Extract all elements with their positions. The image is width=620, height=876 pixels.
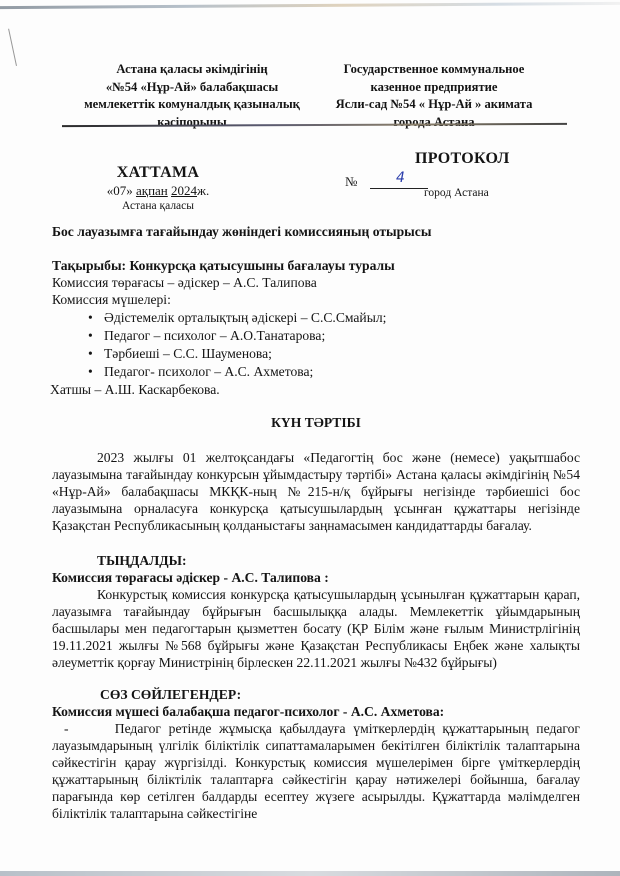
khattama-date: «07» ақпан 2024ж. — [88, 183, 228, 199]
member-item: •Педагог – психолог – А.О.Танатарова; — [88, 327, 580, 345]
commission-chair: Комиссия төрағасы – әдіскер – А.С. Талип… — [52, 275, 580, 292]
scanned-document-page: Астана қаласы әкімдігінің «№54 «Нұр-Ай» … — [0, 0, 620, 876]
date-month: ақпан — [136, 183, 168, 198]
scan-edge-top — [0, 2, 620, 9]
member-item: •Әдістемелік орталықтың әдіскері – С.С.С… — [88, 309, 580, 327]
member-item: •Тәрбиеші – С.С. Шауменова; — [88, 345, 580, 363]
speeches-speaker: Комиссия мүшесі балабақша педагог-психол… — [52, 704, 580, 721]
members-list: •Әдістемелік орталықтың әдіскері – С.С.С… — [52, 309, 580, 382]
protocol-number-underline — [370, 188, 428, 189]
bullet-icon: • — [88, 309, 93, 327]
speeches-text: - Педагог ретінде жұмысқа қабылдауға үмі… — [52, 721, 580, 822]
protocol-title: ПРОТОКОЛ — [415, 150, 510, 168]
khattama-city: Астана қаласы — [88, 200, 228, 212]
heard-speaker: Комиссия төрағасы әдіскер - А.С. Талипов… — [52, 570, 580, 587]
agenda-text: 2023 жылғы 01 желтоқсандағы «Педагогтің … — [52, 450, 580, 535]
meeting-topic: Тақырыбы: Конкурсқа қатысушыны бағалауы … — [52, 258, 580, 275]
members-label: Комиссия мүшелері: — [52, 292, 580, 309]
speeches-paragraph: Педагог ретінде жұмысқа қабылдауға үмітк… — [52, 721, 580, 821]
letterhead-kazakh-line: мемлекеттік комуналдық қазыналық — [62, 96, 322, 114]
date-day: «07» — [107, 183, 133, 198]
margin-pencil-mark — [8, 28, 20, 66]
member-text: Тәрбиеші – С.С. Шауменова; — [104, 346, 272, 361]
letterhead-kazakh-line: кәсіпорыны — [82, 114, 302, 132]
khattama-title: ХАТТАМА — [88, 164, 228, 182]
secretary: Хатшы – А.Ш. Каскарбекова. — [50, 382, 580, 399]
protocol-number-handwritten: 4 — [396, 170, 405, 186]
letterhead-kazakh: Астана қаласы әкімдігінің «№54 «Нұр-Ай» … — [82, 61, 302, 131]
meeting-details: Тақырыбы: Конкурсқа қатысушыны бағалауы … — [52, 258, 580, 398]
heard-text: Конкурстық комиссия конкурсқа қатысушыла… — [52, 587, 580, 672]
dash-marker: - — [64, 721, 69, 736]
member-text: Педагог – психолог – А.О.Танатарова; — [104, 328, 325, 343]
bullet-icon: • — [88, 345, 93, 363]
khattama-block: ХАТТАМА «07» ақпан 2024ж. Астана қаласы — [88, 164, 228, 212]
agenda-title: КҮН ТӘРТІБІ — [52, 415, 580, 432]
scan-edge-bottom — [0, 871, 620, 876]
protocol-city: город Астана — [424, 187, 489, 199]
heard-title: ТЫҢДАЛДЫ: — [52, 553, 580, 570]
letterhead-russian-line: казенное предприятие — [326, 79, 542, 97]
letterhead-kazakh-line: Астана қаласы әкімдігінің — [82, 61, 302, 79]
member-item: •Педагог- психолог – А.С. Ахметова; — [88, 363, 580, 381]
date-year: 2024 — [171, 183, 197, 198]
letterhead-russian-line: Ясли-сад №54 « Нұр-Ай » акимата — [326, 96, 542, 114]
letterhead-russian: Государственное коммунальное казенное пр… — [326, 61, 542, 131]
bullet-icon: • — [88, 327, 93, 345]
meeting-title: Бос лауазымға тағайындау жөніндегі комис… — [52, 224, 580, 241]
date-suffix: ж. — [197, 183, 209, 198]
speeches-title: СӨЗ СӨЙЛЕГЕНДЕР: — [52, 687, 580, 704]
protocol-number-label: № — [345, 174, 357, 190]
letterhead-russian-line: Государственное коммунальное — [326, 61, 542, 79]
member-text: Педагог- психолог – А.С. Ахметова; — [104, 364, 313, 379]
member-text: Әдістемелік орталықтың әдіскері – С.С.См… — [104, 310, 386, 325]
bullet-icon: • — [88, 363, 93, 381]
letterhead-kazakh-line: «№54 «Нұр-Ай» балабақшасы — [82, 79, 302, 97]
